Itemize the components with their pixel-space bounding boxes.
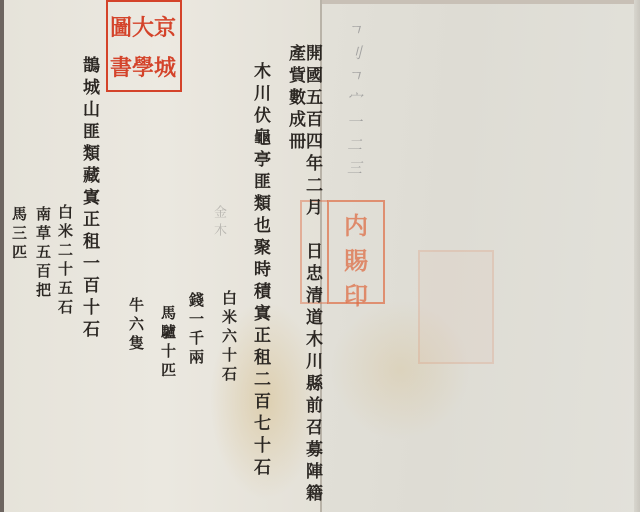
item-2-horses: 馬三匹 bbox=[11, 206, 26, 263]
item-1-cattle: 牛六隻 bbox=[128, 297, 143, 354]
item-2-straw: 南草五百把 bbox=[35, 206, 50, 301]
seal-char: 賜 bbox=[333, 241, 379, 276]
item-2-heading: 鵲城山匪類藏寘正租一百十石 bbox=[80, 56, 97, 342]
document-scan: 京 城 大 學 圖 書 内 賜 印 開國五百四年二月 日忠清道木川縣前召募陣籍產… bbox=[0, 0, 640, 512]
seal-ghost-impression bbox=[418, 250, 494, 364]
right-edge bbox=[634, 0, 640, 512]
seal-char: 城 bbox=[154, 46, 176, 86]
bleed-through-text: 金木 bbox=[212, 205, 225, 241]
item-1-money: 錢一千兩 bbox=[188, 292, 203, 368]
seal-char: 書 bbox=[110, 46, 132, 86]
seal-char: 學 bbox=[132, 46, 154, 86]
seal-char: 圖 bbox=[110, 6, 132, 46]
royal-seal: 内 賜 印 bbox=[327, 200, 385, 304]
seal-char: 京 bbox=[154, 6, 176, 46]
item-2-rice: 白米二十五石 bbox=[57, 204, 72, 318]
item-1-horses: 馬驢十匹 bbox=[160, 305, 175, 381]
seal-char: 大 bbox=[132, 6, 154, 46]
item-1-heading: 木川伏龜亭匪類也聚時積寘正租二百七十石 bbox=[251, 62, 268, 480]
pencil-annotation: ㄱ刂ㄱ宀一二三 bbox=[344, 22, 365, 183]
top-strip bbox=[322, 0, 640, 4]
item-1-rice: 白米六十石 bbox=[221, 290, 236, 385]
seal-char: 内 bbox=[333, 206, 379, 241]
date-line: 開國五百四年二月 日忠清道木川縣前召募陣籍產貲數成冊 bbox=[286, 44, 320, 512]
seal-char: 印 bbox=[333, 276, 379, 311]
library-seal: 京 城 大 學 圖 書 bbox=[106, 0, 182, 92]
